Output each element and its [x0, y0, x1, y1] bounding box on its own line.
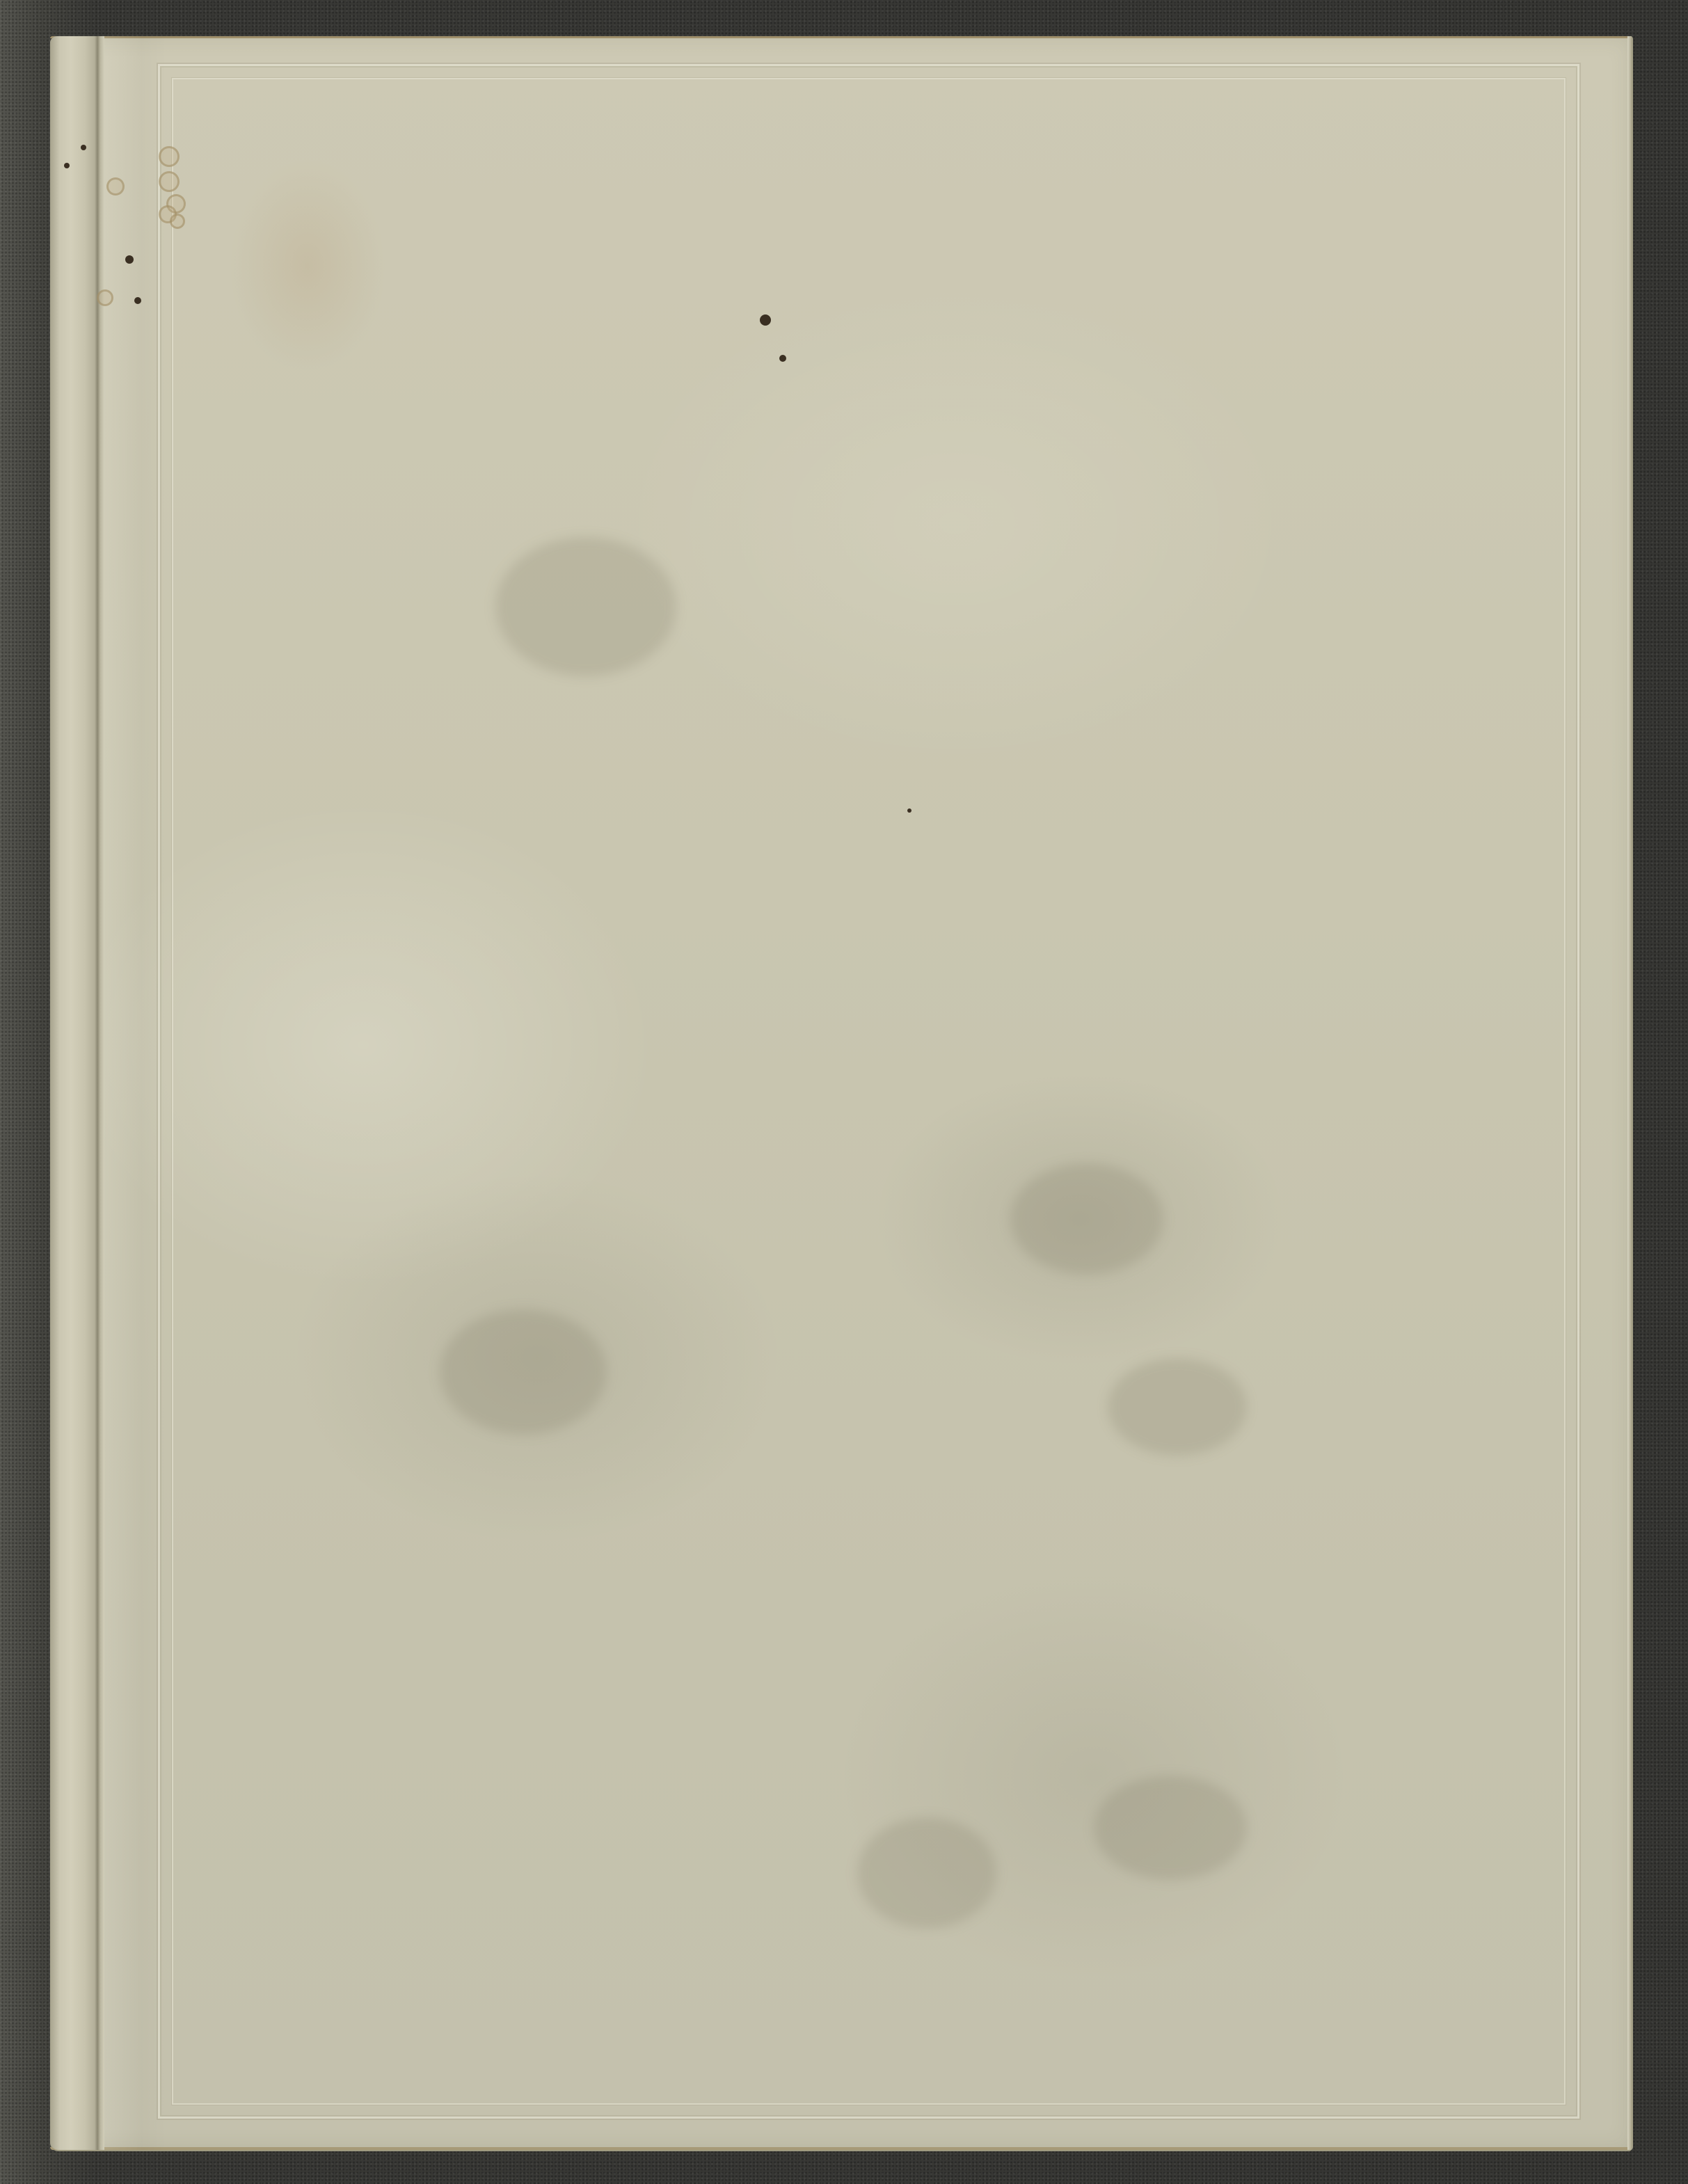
book-cover	[50, 36, 1632, 2150]
smudge-stain	[1108, 1358, 1247, 1456]
blind-tooled-border-inner	[172, 78, 1566, 2105]
cover-fore-edge	[1627, 36, 1632, 2150]
dot-stain	[779, 355, 786, 362]
smudge-stain	[495, 537, 676, 676]
smudge-stain	[1094, 1776, 1247, 1880]
dot-stain	[81, 145, 86, 150]
cover-top-edge	[50, 36, 1632, 38]
ring-stain	[97, 289, 113, 306]
spine-turn-in	[104, 36, 167, 2150]
book-spine	[50, 36, 97, 2150]
smudge-stain	[440, 1309, 607, 1435]
smudge-stain	[1010, 1163, 1163, 1275]
dot-stain	[134, 297, 141, 304]
dot-stain	[125, 255, 134, 264]
dot-stain	[907, 808, 911, 813]
spine-hinge-groove	[97, 36, 104, 2150]
ring-stain	[159, 146, 180, 167]
ring-stain	[170, 214, 185, 229]
ring-stain	[106, 177, 125, 196]
cover-bottom-edge	[50, 2147, 1632, 2150]
dot-stain	[64, 163, 70, 168]
smudge-stain	[857, 1817, 996, 1929]
ring-stain	[159, 171, 180, 192]
dot-stain	[760, 314, 771, 326]
blind-tooled-border-outer	[158, 64, 1579, 2119]
